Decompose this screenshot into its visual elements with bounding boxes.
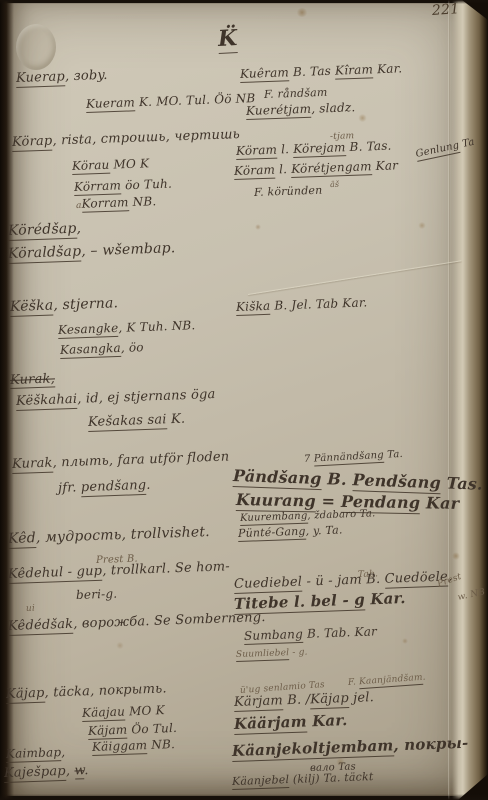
entry-line: Körau MO K bbox=[72, 157, 150, 172]
gloss: - g. bbox=[289, 647, 308, 658]
headword: Kîram bbox=[335, 62, 374, 79]
headword: Korram bbox=[81, 195, 129, 213]
gloss: jel. bbox=[349, 690, 375, 706]
headword: Käärjam bbox=[234, 712, 307, 735]
book-edge bbox=[452, 0, 488, 800]
superscript-text: ui bbox=[26, 604, 35, 614]
gloss: F. köründen bbox=[254, 184, 323, 199]
entry-line: Pünté-Gang, y. Ta. bbox=[238, 524, 343, 539]
gloss: öo Tuh. bbox=[121, 177, 172, 193]
headword: Kêdédšak bbox=[8, 617, 74, 636]
entry-line: Kuerap, зoby. bbox=[16, 69, 108, 85]
page-number-text: 221 bbox=[431, 1, 459, 19]
superscript: a bbox=[76, 201, 82, 211]
entry-line: Käjam Öo Tul. bbox=[88, 722, 177, 737]
entry-line: Kuerétjam, sladz. bbox=[246, 101, 356, 117]
entry-line: Kaimbap, bbox=[6, 746, 66, 760]
gutter-shadow bbox=[0, 0, 14, 800]
gloss: Kar bbox=[371, 158, 398, 173]
gloss: , bbox=[66, 764, 75, 779]
headword: Kaješpap bbox=[4, 764, 66, 783]
gloss: , sladz. bbox=[311, 100, 356, 116]
headword: Këškahai bbox=[16, 392, 78, 411]
scan-edge bbox=[0, 794, 488, 800]
gloss: , – wšembap. bbox=[81, 240, 176, 259]
gloss: F. råndšam bbox=[264, 86, 328, 101]
headword: Kuêram bbox=[240, 65, 290, 83]
headword: Kasangka bbox=[60, 341, 121, 359]
entry-line: beri-g. bbox=[76, 588, 118, 601]
gloss: - ü - jam B. bbox=[302, 572, 385, 590]
headword: Köram bbox=[234, 163, 276, 180]
gloss: NB. bbox=[147, 737, 175, 752]
manuscript-scan: 221 K̈ Kuerap, зoby. Kueram K. MO. Tul. … bbox=[0, 0, 488, 800]
headword: Körap bbox=[12, 134, 53, 152]
scan-edge bbox=[0, 0, 488, 4]
gloss: , öo bbox=[121, 340, 144, 355]
entry-line: F. köründen bbox=[254, 185, 323, 198]
entry-line: Kešakas sai K. bbox=[88, 413, 186, 429]
headword: Kuerétjam bbox=[246, 102, 312, 120]
gloss: Öo Tul. bbox=[127, 721, 177, 737]
gloss: jfr. bbox=[58, 480, 81, 496]
struck-headword: Kurak, bbox=[10, 371, 56, 389]
gloss: . bbox=[84, 763, 89, 778]
gloss: Tas. bbox=[441, 473, 484, 493]
entry-line: Kasangka, öo bbox=[60, 341, 144, 356]
headword: Pändšang bbox=[233, 466, 322, 490]
gloss: . bbox=[146, 478, 151, 493]
headword: Körram bbox=[74, 178, 122, 196]
superscript-text: . bbox=[422, 673, 426, 683]
headword: pendšang bbox=[81, 478, 147, 497]
gloss: l. bbox=[275, 162, 292, 177]
superscript: äš bbox=[330, 181, 340, 189]
gloss: l. bbox=[277, 142, 294, 157]
gloss: , покры- bbox=[393, 734, 469, 755]
gloss: B. bbox=[321, 469, 353, 489]
headword: Kêd bbox=[8, 530, 37, 549]
superscript-text: äš bbox=[330, 180, 340, 189]
gloss: , зoby. bbox=[65, 68, 108, 84]
entry-line: F. råndšam bbox=[264, 87, 328, 100]
headword: Käanjebel bbox=[232, 773, 290, 790]
gloss: NB. bbox=[128, 194, 156, 209]
headword: Käajau bbox=[82, 705, 126, 722]
headword: Käiggam bbox=[92, 738, 148, 756]
gloss: Kar bbox=[420, 493, 459, 513]
gloss: MO K bbox=[125, 703, 165, 718]
superscript: 7 bbox=[304, 453, 315, 465]
headword: Köram bbox=[236, 143, 278, 160]
headword: Cuediebel bbox=[234, 575, 303, 594]
gloss: K. bbox=[166, 412, 185, 428]
headword: Kuerap bbox=[16, 69, 66, 88]
headword: Körejam bbox=[293, 140, 346, 158]
gloss: , y. Ta. bbox=[305, 523, 342, 537]
gloss: , stjerna. bbox=[53, 295, 118, 313]
gloss: B. Tab. Kar bbox=[303, 624, 378, 641]
gloss: , bbox=[76, 220, 81, 236]
headword: Pünté-Gang bbox=[238, 525, 306, 542]
gloss: B. Tas bbox=[289, 64, 336, 80]
gloss: B. / bbox=[283, 692, 311, 708]
section-heading: K̈ bbox=[217, 27, 237, 50]
superscript: ui bbox=[26, 605, 35, 614]
gloss: Ta. bbox=[384, 449, 404, 461]
headword: Kešakas sai bbox=[88, 412, 167, 432]
gloss: , K Tuh. NB. bbox=[118, 318, 195, 335]
gloss: = bbox=[316, 491, 341, 510]
headword: Käjap bbox=[310, 691, 349, 709]
gloss: Kar. bbox=[306, 711, 347, 730]
headword: Kêdehul - gup bbox=[8, 564, 103, 584]
entry-line: Këška, stjerna. bbox=[10, 296, 119, 314]
headword: Kärjam bbox=[234, 693, 284, 712]
headword: Pendšang bbox=[352, 470, 441, 494]
headword: Këška bbox=[10, 297, 54, 317]
superscript-text: F. bbox=[348, 677, 360, 688]
headword: Kesangke bbox=[58, 321, 119, 339]
entry-line: Kaješpap, w. bbox=[4, 764, 89, 780]
heading-letter: K̈ bbox=[217, 25, 238, 54]
page-number: 221 bbox=[432, 2, 460, 18]
entry-line: Käiggam NB. bbox=[92, 738, 175, 753]
entry-line: Körram öo Tuh. bbox=[74, 178, 172, 193]
gloss: , bbox=[61, 745, 66, 759]
entry-line: Käajau MO K bbox=[82, 704, 165, 719]
headword: Suumliebel bbox=[236, 648, 290, 662]
gloss: beri-g. bbox=[76, 587, 118, 602]
headword: Kiška bbox=[236, 299, 271, 316]
headword: Körédšap bbox=[8, 221, 77, 241]
gloss: MO K bbox=[109, 156, 149, 171]
gloss: Kar. bbox=[373, 61, 403, 76]
entry-line: Käärjam Kar. bbox=[234, 713, 348, 732]
headword: Kuurang bbox=[236, 490, 316, 512]
headword: Käjam bbox=[88, 723, 128, 740]
gloss: Kar. bbox=[365, 589, 406, 608]
headword: Käjap bbox=[6, 686, 45, 704]
entry-line: jfr. pendšang. bbox=[58, 479, 151, 495]
headword: Kueram bbox=[86, 95, 136, 113]
headword: Kurak bbox=[12, 456, 53, 474]
entry-line: Körédšap, bbox=[8, 221, 82, 238]
headword: Köraldšap bbox=[8, 243, 82, 264]
entry-line: Kurak, bbox=[10, 372, 55, 387]
gloss: , ždabaro Ta. bbox=[307, 508, 375, 521]
headword: Kuurembang bbox=[240, 511, 308, 526]
headword: Körau bbox=[72, 158, 110, 175]
page-crease bbox=[448, 0, 450, 800]
embossed-seal bbox=[16, 24, 56, 70]
gloss: B. Tas. bbox=[345, 139, 392, 155]
headword: Körétjengam bbox=[291, 159, 372, 178]
headword: Kaimbap bbox=[6, 745, 62, 763]
headword: Sumbang bbox=[244, 627, 304, 645]
